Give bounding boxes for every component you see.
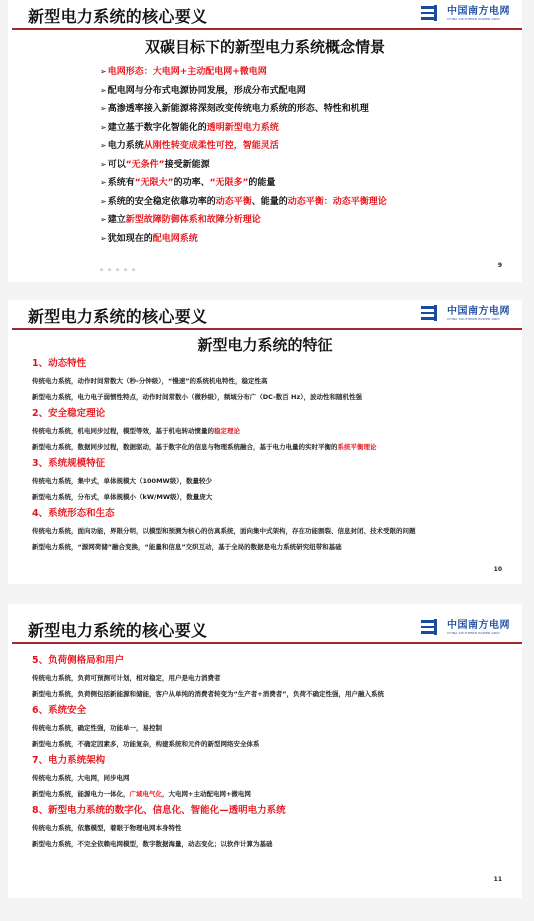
csg-logo: 中国南方电网 CHINA SOUTHERN POWER GRID [421, 5, 510, 21]
body-text: 犹如现在的 [108, 234, 153, 244]
body-text: 建立 [108, 215, 126, 225]
slide-11: 新型电力系统的核心要义 中国南方电网 CHINA SOUTHERN POWER … [8, 604, 522, 898]
body-text: 、能量的 [252, 197, 288, 207]
body-text: 系统的安全稳定依靠功率的 [108, 197, 216, 207]
section-heading: 5、负荷侧格局和用户 [32, 652, 522, 670]
feature-section: 6、系统安全传统电力系统，确定性强，功能单一，易控制新型电力系统，不确定因素多，… [8, 702, 522, 752]
feature-section: 1、动态特性传统电力系统，动作时间常数大（秒-分钟级），“慢速”的系统机电特性，… [8, 355, 522, 405]
section-heading: 6、系统安全 [32, 702, 522, 720]
bullet-item: ➢系统有“无限大”的功率、“无限多”的能量 [100, 174, 522, 193]
feature-sections: 1、动态特性传统电力系统，动作时间常数大（秒-分钟级），“慢速”的系统机电特性，… [8, 355, 522, 555]
section-heading: 2、安全稳定理论 [32, 405, 522, 423]
body-text: 传统电力系统，动作时间常数大（秒-分钟级），“慢速”的系统机电特性，稳定性高 [32, 377, 268, 385]
page-number: 11 [494, 876, 502, 883]
csg-logo: 中国南方电网 CHINA SOUTHERN POWER GRID [421, 619, 510, 635]
header-title: 新型电力系统的核心要义 [28, 4, 207, 27]
section-heading: 1、动态特性 [32, 355, 522, 373]
body-text: 可以 [108, 160, 126, 170]
highlight-text: 配电网系统 [153, 234, 198, 244]
body-text: 传统电力系统，确定性强，功能单一，易控制 [32, 724, 162, 732]
slide-10: 新型电力系统的核心要义 中国南方电网 CHINA SOUTHERN POWER … [8, 300, 522, 584]
bullet-item: ➢系统的安全稳定依靠功率的动态平衡、能量的动态平衡：动态平衡理论 [100, 193, 522, 212]
body-text: 的功率、 [174, 178, 210, 188]
section-line: 传统电力系统，负荷可预测可计划，相对稳定，用户是电力消费者 [32, 670, 522, 686]
arrow-bullet-icon: ➢ [100, 141, 107, 150]
arrow-bullet-icon: ➢ [100, 178, 107, 187]
bullet-item: ➢建立新型故障防御体系和故障分析理论 [100, 211, 522, 230]
slide-9: 新型电力系统的核心要义 中国南方电网 CHINA SOUTHERN POWER … [8, 0, 522, 282]
highlight-text: 从刚性转变成柔性可控，智能灵活 [144, 141, 279, 151]
feature-sections: 5、负荷侧格局和用户传统电力系统，负荷可预测可计划，相对稳定，用户是电力消费者新… [8, 652, 522, 852]
body-text: 新型电力系统，分布式，单体规模小（kW/MW级），数量庞大 [32, 493, 212, 501]
body-text: 配电网与分布式电源协同发展，形成分布式配电网 [108, 86, 306, 96]
arrow-bullet-icon: ➢ [100, 123, 107, 132]
highlight-text: 广域电气化 [130, 790, 163, 798]
highlight-text: 新型故障防御体系和故障分析理论 [126, 215, 261, 225]
body-text: 传统电力系统，面向功能，界限分明，以模型和预测为核心的仿真系统，面向集中式架构，… [32, 527, 416, 535]
bullet-item: ➢建立基于数字化智能化的透明新型电力系统 [100, 119, 522, 138]
body-text: 系统有 [108, 178, 135, 188]
bullet-item: ➢电力系统从刚性转变成柔性可控，智能灵活 [100, 137, 522, 156]
arrow-bullet-icon: ➢ [100, 160, 107, 169]
section-line: 传统电力系统，依靠模型，着眼于物理电网本身特性 [32, 820, 522, 836]
header-title: 新型电力系统的核心要义 [28, 618, 207, 641]
body-text: 传统电力系统，集中式，单体规模大（100MW级），数量较少 [32, 477, 212, 485]
body-text: 传统电力系统，机电同步过程，模型等效，基于机电转动惯量的 [32, 427, 214, 435]
logo-text-en: CHINA SOUTHERN POWER GRID [447, 317, 510, 321]
csg-logo-icon [421, 619, 443, 635]
body-text: 新型电力系统，数据同步过程，数据驱动，基于数字化的信息与物理系统融合，基于电力电… [32, 443, 338, 451]
body-text: 接受新能源 [165, 160, 210, 170]
arrow-bullet-icon: ➢ [100, 215, 107, 224]
section-line: 新型电力系统，不完全依赖电网模型，数字数据海量，动态变化；以软件计算为基础 [32, 836, 522, 852]
feature-section: 7、电力系统架构传统电力系统，大电网，同步电网新型电力系统，能源电力一体化，广域… [8, 752, 522, 802]
body-text: 的能量 [248, 178, 275, 188]
logo-text-cn: 中国南方电网 [447, 6, 510, 17]
bullet-item: ➢高渗透率接入新能源将深刻改变传统电力系统的形态、特性和机理 [100, 100, 522, 119]
csg-logo-icon [421, 5, 443, 21]
bullet-item: ➢电网形态：大电网+主动配电网+微电网 [100, 63, 522, 82]
logo-text-en: CHINA SOUTHERN POWER GRID [447, 17, 510, 21]
highlight-text: 动态平衡 [216, 197, 252, 207]
section-line: 新型电力系统，数据同步过程，数据驱动，基于数字化的信息与物理系统融合，基于电力电… [32, 439, 522, 455]
highlight-text: 稳定理论 [214, 427, 240, 435]
bullet-list: ➢电网形态：大电网+主动配电网+微电网➢配电网与分布式电源协同发展，形成分布式配… [100, 63, 522, 248]
ellipsis: 。。。。。 [100, 262, 144, 273]
section-line: 传统电力系统，面向功能，界限分明，以模型和预测为核心的仿真系统，面向集中式架构，… [32, 523, 522, 539]
logo-text-en: CHINA SOUTHERN POWER GRID [447, 631, 510, 635]
slide-header: 新型电力系统的核心要义 中国南方电网 CHINA SOUTHERN POWER … [8, 0, 522, 28]
feature-section: 5、负荷侧格局和用户传统电力系统，负荷可预测可计划，相对稳定，用户是电力消费者新… [8, 652, 522, 702]
slide-header: 新型电力系统的核心要义 中国南方电网 CHINA SOUTHERN POWER … [8, 614, 522, 642]
body-text: 新型电力系统，能源电力一体化， [32, 790, 130, 798]
section-line: 新型电力系统，不确定因素多，功能复杂，构建系统和元件的新型网络安全体系 [32, 736, 522, 752]
section-line: 传统电力系统，确定性强，功能单一，易控制 [32, 720, 522, 736]
slide-header: 新型电力系统的核心要义 中国南方电网 CHINA SOUTHERN POWER … [8, 300, 522, 328]
highlight-text: 电网形态：大电网+主动配电网+微电网 [108, 67, 267, 77]
section-heading: 4、系统形态和生态 [32, 505, 522, 523]
csg-logo-icon [421, 305, 443, 321]
section-line: 新型电力系统，负荷侧包括新能源和储能，客户从单纯的消费者转变为“生产者+消费者”… [32, 686, 522, 702]
body-text: 新型电力系统，“源网荷储”融合变换，“能量和信息”交织互动，基于全局的数据是电力… [32, 543, 342, 551]
page-number: 10 [494, 566, 502, 573]
section-line: 新型电力系统，电力电子弱惯性特点，动作时间常数小（微秒级），频域分布广（DC-数… [32, 389, 522, 405]
arrow-bullet-icon: ➢ [100, 104, 107, 113]
section-line: 新型电力系统，分布式，单体规模小（kW/MW级），数量庞大 [32, 489, 522, 505]
header-divider [12, 642, 522, 644]
highlight-text: “无限多” [210, 178, 249, 188]
page-number: 9 [498, 262, 502, 269]
logo-text-cn: 中国南方电网 [447, 620, 510, 631]
body-text: 新型电力系统，不确定因素多，功能复杂，构建系统和元件的新型网络安全体系 [32, 740, 260, 748]
arrow-bullet-icon: ➢ [100, 197, 107, 206]
body-text: 高渗透率接入新能源将深刻改变传统电力系统的形态、特性和机理 [108, 104, 369, 114]
logo-text-cn: 中国南方电网 [447, 306, 510, 317]
body-text: 传统电力系统，依靠模型，着眼于物理电网本身特性 [32, 824, 182, 832]
body-text: 建立基于数字化智能化的 [108, 123, 207, 133]
body-text: 新型电力系统，不完全依赖电网模型，数字数据海量，动态变化；以软件计算为基础 [32, 840, 273, 848]
slide-subtitle: 新型电力系统的特征 [8, 334, 522, 355]
body-text: 新型电力系统，负荷侧包括新能源和储能，客户从单纯的消费者转变为“生产者+消费者”… [32, 690, 384, 698]
highlight-text: 动态平衡：动态平衡理论 [288, 197, 387, 207]
feature-section: 8、新型电力系统的数字化、信息化、智能化—透明电力系统传统电力系统，依靠模型，着… [8, 802, 522, 852]
arrow-bullet-icon: ➢ [100, 234, 107, 243]
section-line: 新型电力系统，能源电力一体化，广域电气化，大电网+主动配电网+微电网 [32, 786, 522, 802]
section-line: 新型电力系统，“源网荷储”融合变换，“能量和信息”交织互动，基于全局的数据是电力… [32, 539, 522, 555]
header-divider [12, 28, 522, 30]
header-divider [12, 328, 522, 330]
bullet-item: ➢犹如现在的配电网系统 [100, 230, 522, 249]
section-line: 传统电力系统，机电同步过程，模型等效，基于机电转动惯量的稳定理论 [32, 423, 522, 439]
body-text: 传统电力系统，大电网，同步电网 [32, 774, 130, 782]
feature-section: 3、系统规模特征传统电力系统，集中式，单体规模大（100MW级），数量较少新型电… [8, 455, 522, 505]
arrow-bullet-icon: ➢ [100, 67, 107, 76]
bullet-item: ➢可以“无条件”接受新能源 [100, 156, 522, 175]
highlight-text: “无限大” [135, 178, 174, 188]
header-title: 新型电力系统的核心要义 [28, 304, 207, 327]
csg-logo: 中国南方电网 CHINA SOUTHERN POWER GRID [421, 305, 510, 321]
bullet-item: ➢配电网与分布式电源协同发展，形成分布式配电网 [100, 82, 522, 101]
highlight-text: “无条件” [126, 160, 165, 170]
body-text: ，大电网+主动配电网+微电网 [162, 790, 251, 798]
feature-section: 2、安全稳定理论传统电力系统，机电同步过程，模型等效，基于机电转动惯量的稳定理论… [8, 405, 522, 455]
section-heading: 3、系统规模特征 [32, 455, 522, 473]
highlight-text: 透明新型电力系统 [207, 123, 279, 133]
body-text: 电力系统 [108, 141, 144, 151]
section-line: 传统电力系统，大电网，同步电网 [32, 770, 522, 786]
feature-section: 4、系统形态和生态传统电力系统，面向功能，界限分明，以模型和预测为核心的仿真系统… [8, 505, 522, 555]
section-heading: 7、电力系统架构 [32, 752, 522, 770]
slide-subtitle: 双碳目标下的新型电力系统概念情景 [8, 36, 522, 57]
section-line: 传统电力系统，动作时间常数大（秒-分钟级），“慢速”的系统机电特性，稳定性高 [32, 373, 522, 389]
highlight-text: 系统平衡理论 [338, 443, 377, 451]
section-heading: 8、新型电力系统的数字化、信息化、智能化—透明电力系统 [32, 802, 522, 820]
body-text: 传统电力系统，负荷可预测可计划，相对稳定，用户是电力消费者 [32, 674, 221, 682]
arrow-bullet-icon: ➢ [100, 86, 107, 95]
body-text: 新型电力系统，电力电子弱惯性特点，动作时间常数小（微秒级），频域分布广（DC-数… [32, 393, 362, 401]
section-line: 传统电力系统，集中式，单体规模大（100MW级），数量较少 [32, 473, 522, 489]
